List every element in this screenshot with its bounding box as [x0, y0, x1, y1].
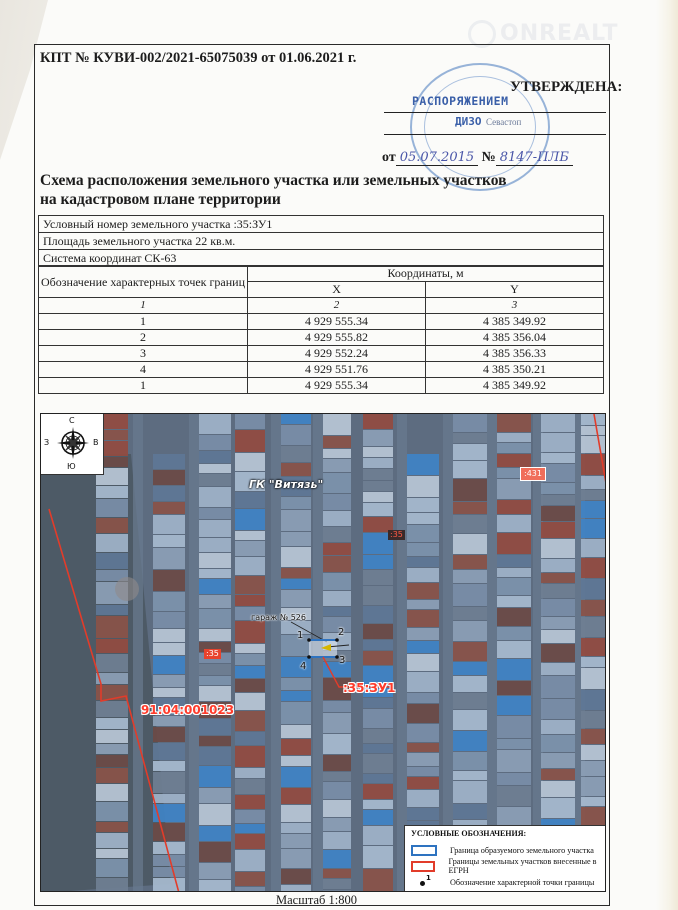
watermark-text: ONREALT: [500, 21, 619, 46]
coord-x: 4 929 555.34: [248, 378, 426, 394]
coord-x: 4 929 555.34: [248, 314, 426, 330]
point-id: 4: [39, 362, 248, 378]
plot-area: Площадь земельного участка 22 кв.м.: [39, 233, 604, 250]
point-label-1: 1: [297, 630, 303, 641]
legend-label: Обозначение характерной точки границы: [450, 878, 594, 887]
point-marker-number: 1: [426, 874, 431, 882]
blue-box-icon: [411, 845, 437, 856]
kpt-reference: КПТ № КУВИ-002/2021-65075039 от 01.06.20…: [40, 50, 356, 67]
parcel-tag: :35: [204, 649, 221, 659]
point-id: 3: [39, 346, 248, 362]
coord-y: 4 385 356.04: [426, 330, 604, 346]
plot-number: Условный номер земельного участка :35:ЗУ…: [39, 216, 604, 233]
map-legend: УСЛОВНЫЕ ОБОЗНАЧЕНИЯ: Граница образуемог…: [404, 825, 606, 892]
plot-info-table: Условный номер земельного участка :35:ЗУ…: [38, 215, 604, 267]
compass-rose: С З В Ю: [41, 414, 104, 475]
cooperative-label: ГК "Витязь": [249, 478, 323, 491]
header-y: Y: [426, 282, 604, 298]
point-id: 1: [39, 314, 248, 330]
stamp-authority-text: ДИЗО: [455, 115, 482, 128]
col-number: 1: [39, 298, 248, 314]
table-row: 3 4 929 552.24 4 385 356.33: [39, 346, 604, 362]
coord-y: 4 385 349.92: [426, 378, 604, 394]
cadastral-quarter-label: 91:04:001023: [141, 703, 234, 717]
aerial-photo: [41, 414, 606, 892]
aerial-map: С З В Ю ГК "Витязь" :35 :35 :431 гараж №…: [40, 413, 606, 892]
stamp-order-text: РАСПОРЯЖЕНИЕМ: [412, 94, 509, 108]
signature-line: [384, 112, 606, 113]
compass-south: Ю: [67, 462, 76, 471]
table-row: 1 4 929 555.34 4 385 349.92: [39, 314, 604, 330]
red-box-icon: [411, 861, 435, 872]
col-number: 2: [248, 298, 426, 314]
header-points: Обозначение характерных точек границ: [39, 266, 248, 298]
col-number: 3: [426, 298, 604, 314]
coord-y: 4 385 350.21: [426, 362, 604, 378]
header-x: X: [248, 282, 426, 298]
parcel-tag: :431: [520, 467, 546, 481]
table-row: 4 4 929 551.76 4 385 350.21: [39, 362, 604, 378]
number-prefix: №: [482, 150, 496, 165]
point-id: 2: [39, 330, 248, 346]
title-line-2: на кадастровом плане территории: [40, 190, 507, 209]
point-label-3: 3: [339, 655, 345, 666]
legend-item-egrn-boundary: Границы земельных участков внесенные в Е…: [411, 859, 606, 873]
point-label-4: 4: [300, 661, 306, 672]
approval-number: 8147-ПЛБ: [496, 150, 573, 166]
point-label-2: 2: [338, 627, 344, 638]
legend-title: УСЛОВНЫЕ ОБОЗНАЧЕНИЯ:: [411, 829, 526, 838]
page-edge-shadow: [656, 0, 678, 910]
legend-item-point: 1 Обозначение характерной точки границы: [411, 875, 594, 889]
table-row: 2 4 929 555.82 4 385 356.04: [39, 330, 604, 346]
coordinates-table: Обозначение характерных точек границ Коо…: [38, 265, 604, 394]
approval-date: 05.07.2015: [396, 150, 478, 166]
legend-item-new-boundary: Граница образуемого земельного участка: [411, 843, 594, 857]
approval-date-line: от05.07.2015 №8147-ПЛБ: [382, 150, 573, 166]
garage-label: гараж № 526: [251, 613, 306, 622]
coord-x: 4 929 552.24: [248, 346, 426, 362]
header-coordinates: Координаты, м: [248, 266, 604, 282]
approved-heading: УТВЕРЖДЕНА:: [510, 79, 622, 96]
date-prefix: от: [382, 150, 396, 165]
coord-x: 4 929 555.82: [248, 330, 426, 346]
map-scale: Масштаб 1:800: [276, 893, 357, 908]
coordinate-system: Система координат СК-63: [39, 250, 604, 267]
title-line-1: Схема расположения земельного участка ил…: [40, 171, 507, 190]
document-title: Схема расположения земельного участка ил…: [40, 171, 507, 209]
legend-label: Границы земельных участков внесенные в Е…: [448, 857, 606, 875]
compass-west: З: [44, 438, 49, 447]
coord-x: 4 929 551.76: [248, 362, 426, 378]
table-row: 1 4 929 555.34 4 385 349.92: [39, 378, 604, 394]
coord-y: 4 385 349.92: [426, 314, 604, 330]
compass-east: В: [93, 438, 99, 447]
compass-star-icon: [56, 426, 90, 460]
parcel-tag: :35: [388, 530, 405, 540]
legend-label: Граница образуемого земельного участка: [450, 846, 594, 855]
signature-line: [384, 134, 606, 135]
point-id: 1: [39, 378, 248, 394]
coord-y: 4 385 356.33: [426, 346, 604, 362]
compass-north: С: [69, 416, 75, 425]
stamp-city-text: Севастоп: [486, 117, 521, 127]
new-plot-label: :35:ЗУ1: [343, 681, 395, 695]
point-marker-icon: 1: [411, 876, 437, 888]
